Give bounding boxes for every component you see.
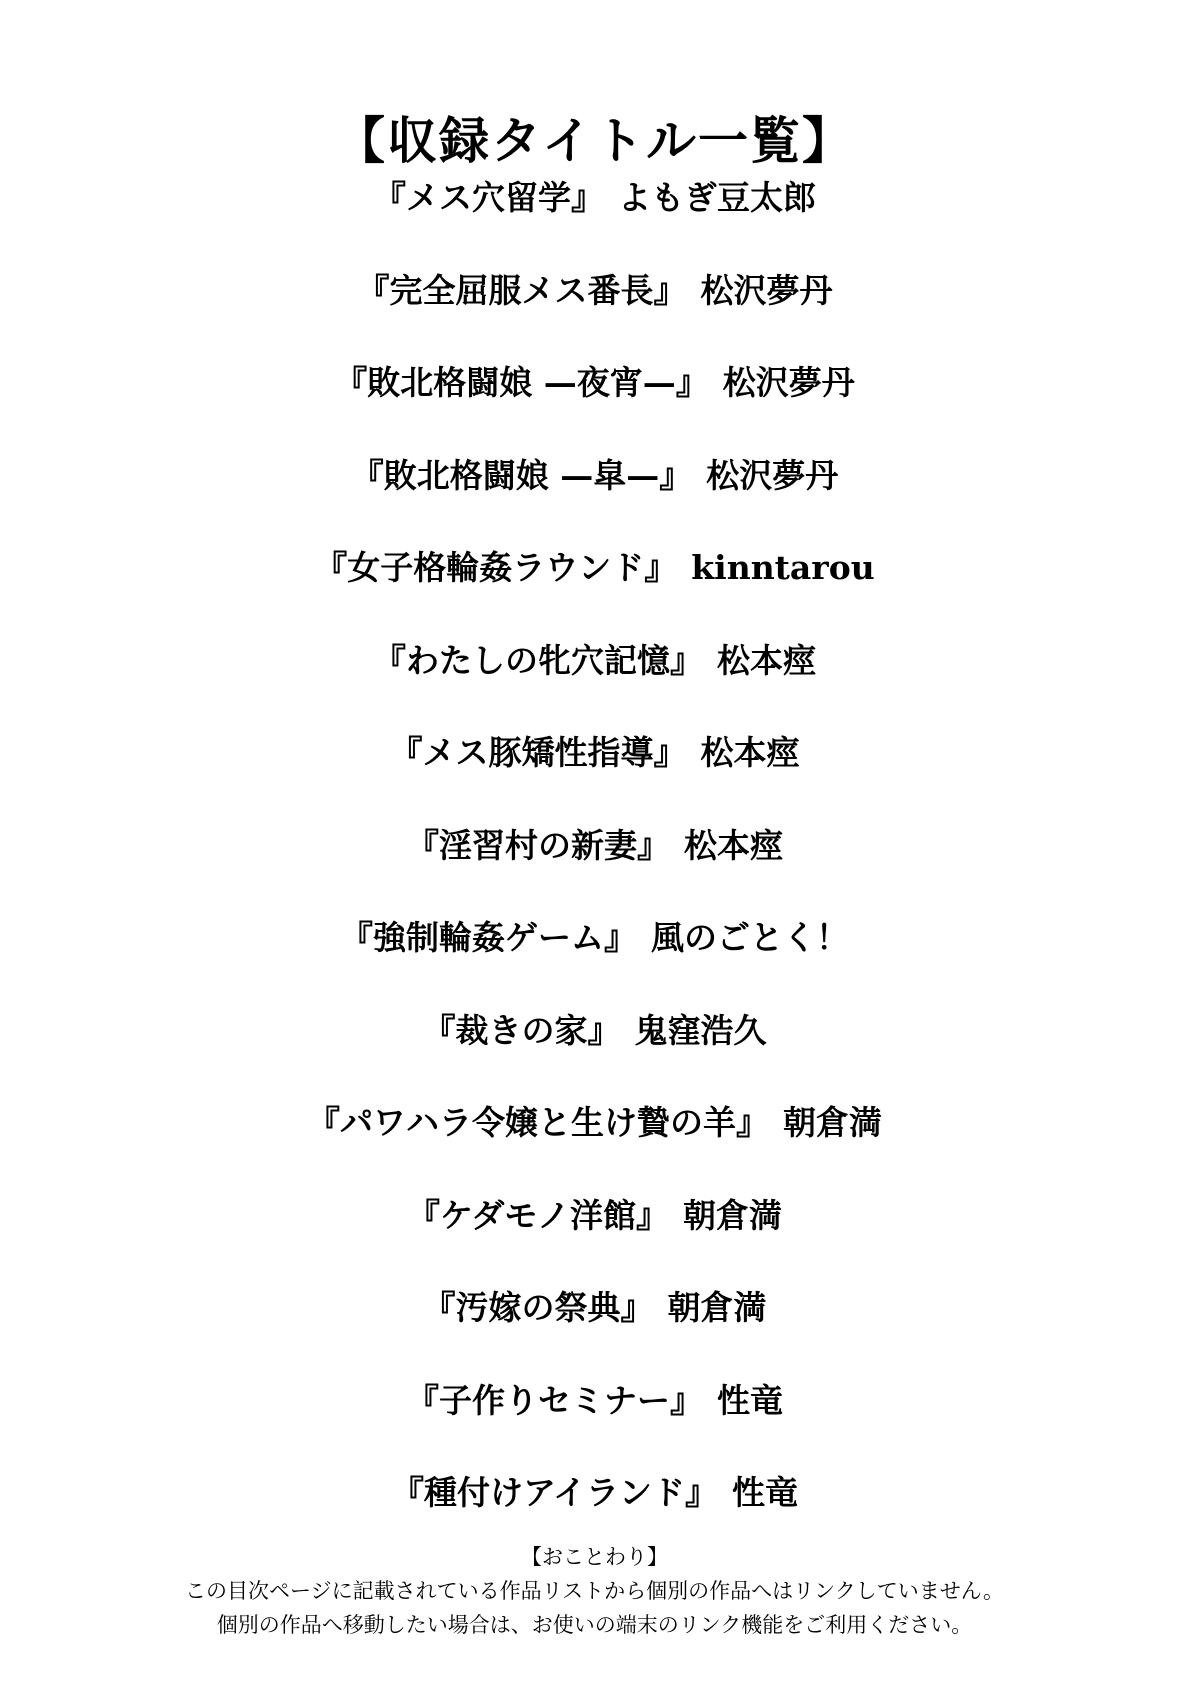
- list-item: 『敗北格闘娘 —皐—』松沢夢丹: [0, 446, 1189, 539]
- author-name: よもぎ豆太郎: [618, 178, 816, 217]
- author-name: 松沢夢丹: [701, 271, 833, 310]
- list-item: 『敗北格闘娘 —夜宵—』松沢夢丹: [0, 353, 1189, 446]
- title-list: 『メス穴留学』よもぎ豆太郎 『完全屈服メス番長』松沢夢丹 『敗北格闘娘 —夜宵—…: [0, 168, 1189, 1556]
- work-title: 『敗北格闘娘 —皐—』: [351, 456, 693, 495]
- list-item: 『淫習村の新妻』松本痙: [0, 816, 1189, 909]
- work-title: 『強制輪姦ゲーム』: [340, 918, 637, 957]
- work-title: 『メス豚矯性指導』: [390, 733, 687, 772]
- list-item: 『わたしの牝穴記憶』松本痙: [0, 631, 1189, 724]
- work-title: 『汚嫁の祭典』: [423, 1288, 654, 1327]
- list-item: 『強制輪姦ゲーム』風のごとく！: [0, 908, 1189, 1001]
- notice-line: この目次ページに記載されている作品リストから個別の作品へはリンクしていません。: [0, 1574, 1189, 1608]
- work-title: 『裁きの家』: [423, 1011, 621, 1050]
- work-title: 『種付けアイランド』: [391, 1473, 718, 1512]
- author-name: 性竜: [732, 1473, 798, 1512]
- work-title: 『敗北格闘娘 —夜宵—』: [334, 363, 709, 402]
- work-title: 『メス穴留学』: [373, 178, 604, 217]
- author-name: 松沢夢丹: [723, 363, 855, 402]
- work-title: 『ケダモノ洋館』: [407, 1196, 669, 1235]
- list-item: 『パワハラ令嬢と生け贄の羊』朝倉満: [0, 1093, 1189, 1186]
- list-item: 『ケダモノ洋館』朝倉満: [0, 1186, 1189, 1279]
- list-item: 『裁きの家』鬼窪浩久: [0, 1001, 1189, 1094]
- author-name: 松本痙: [701, 733, 800, 772]
- list-item: 『子作りセミナー』性竜: [0, 1371, 1189, 1464]
- work-title: 『わたしの牝穴記憶』: [373, 641, 703, 680]
- author-name: 風のごとく！: [651, 918, 849, 957]
- work-title: 『女子格輪姦ラウンド』: [314, 548, 677, 587]
- author-name: kinntarou: [691, 548, 874, 587]
- author-name: 朝倉満: [783, 1103, 882, 1142]
- list-item: 『メス穴留学』よもぎ豆太郎: [0, 168, 1189, 261]
- list-item: 『完全屈服メス番長』松沢夢丹: [0, 261, 1189, 354]
- notice-heading: 【おことわり】: [0, 1540, 1189, 1574]
- work-title: 『完全屈服メス番長』: [357, 271, 687, 310]
- author-name: 松本痙: [717, 641, 816, 680]
- notice-line: 個別の作品へ移動したい場合は、お使いの端末のリンク機能をご利用ください。: [0, 1608, 1189, 1642]
- notice: 【おことわり】 この目次ページに記載されている作品リストから個別の作品へはリンク…: [0, 1540, 1189, 1642]
- author-name: 朝倉満: [683, 1196, 782, 1235]
- author-name: 松本痙: [684, 826, 783, 865]
- work-title: 『子作りセミナー』: [406, 1381, 703, 1420]
- author-name: 鬼窪浩久: [635, 1011, 767, 1050]
- list-item: 『女子格輪姦ラウンド』kinntarou: [0, 538, 1189, 631]
- work-title: 『パワハラ令嬢と生け贄の羊』: [307, 1103, 769, 1142]
- list-item: 『汚嫁の祭典』朝倉満: [0, 1278, 1189, 1371]
- page-title: 【収録タイトル一覧】: [0, 106, 1189, 176]
- author-name: 朝倉満: [668, 1288, 767, 1327]
- list-item: 『メス豚矯性指導』松本痙: [0, 723, 1189, 816]
- work-title: 『淫習村の新妻』: [406, 826, 670, 865]
- author-name: 松沢夢丹: [706, 456, 838, 495]
- author-name: 性竜: [717, 1381, 783, 1420]
